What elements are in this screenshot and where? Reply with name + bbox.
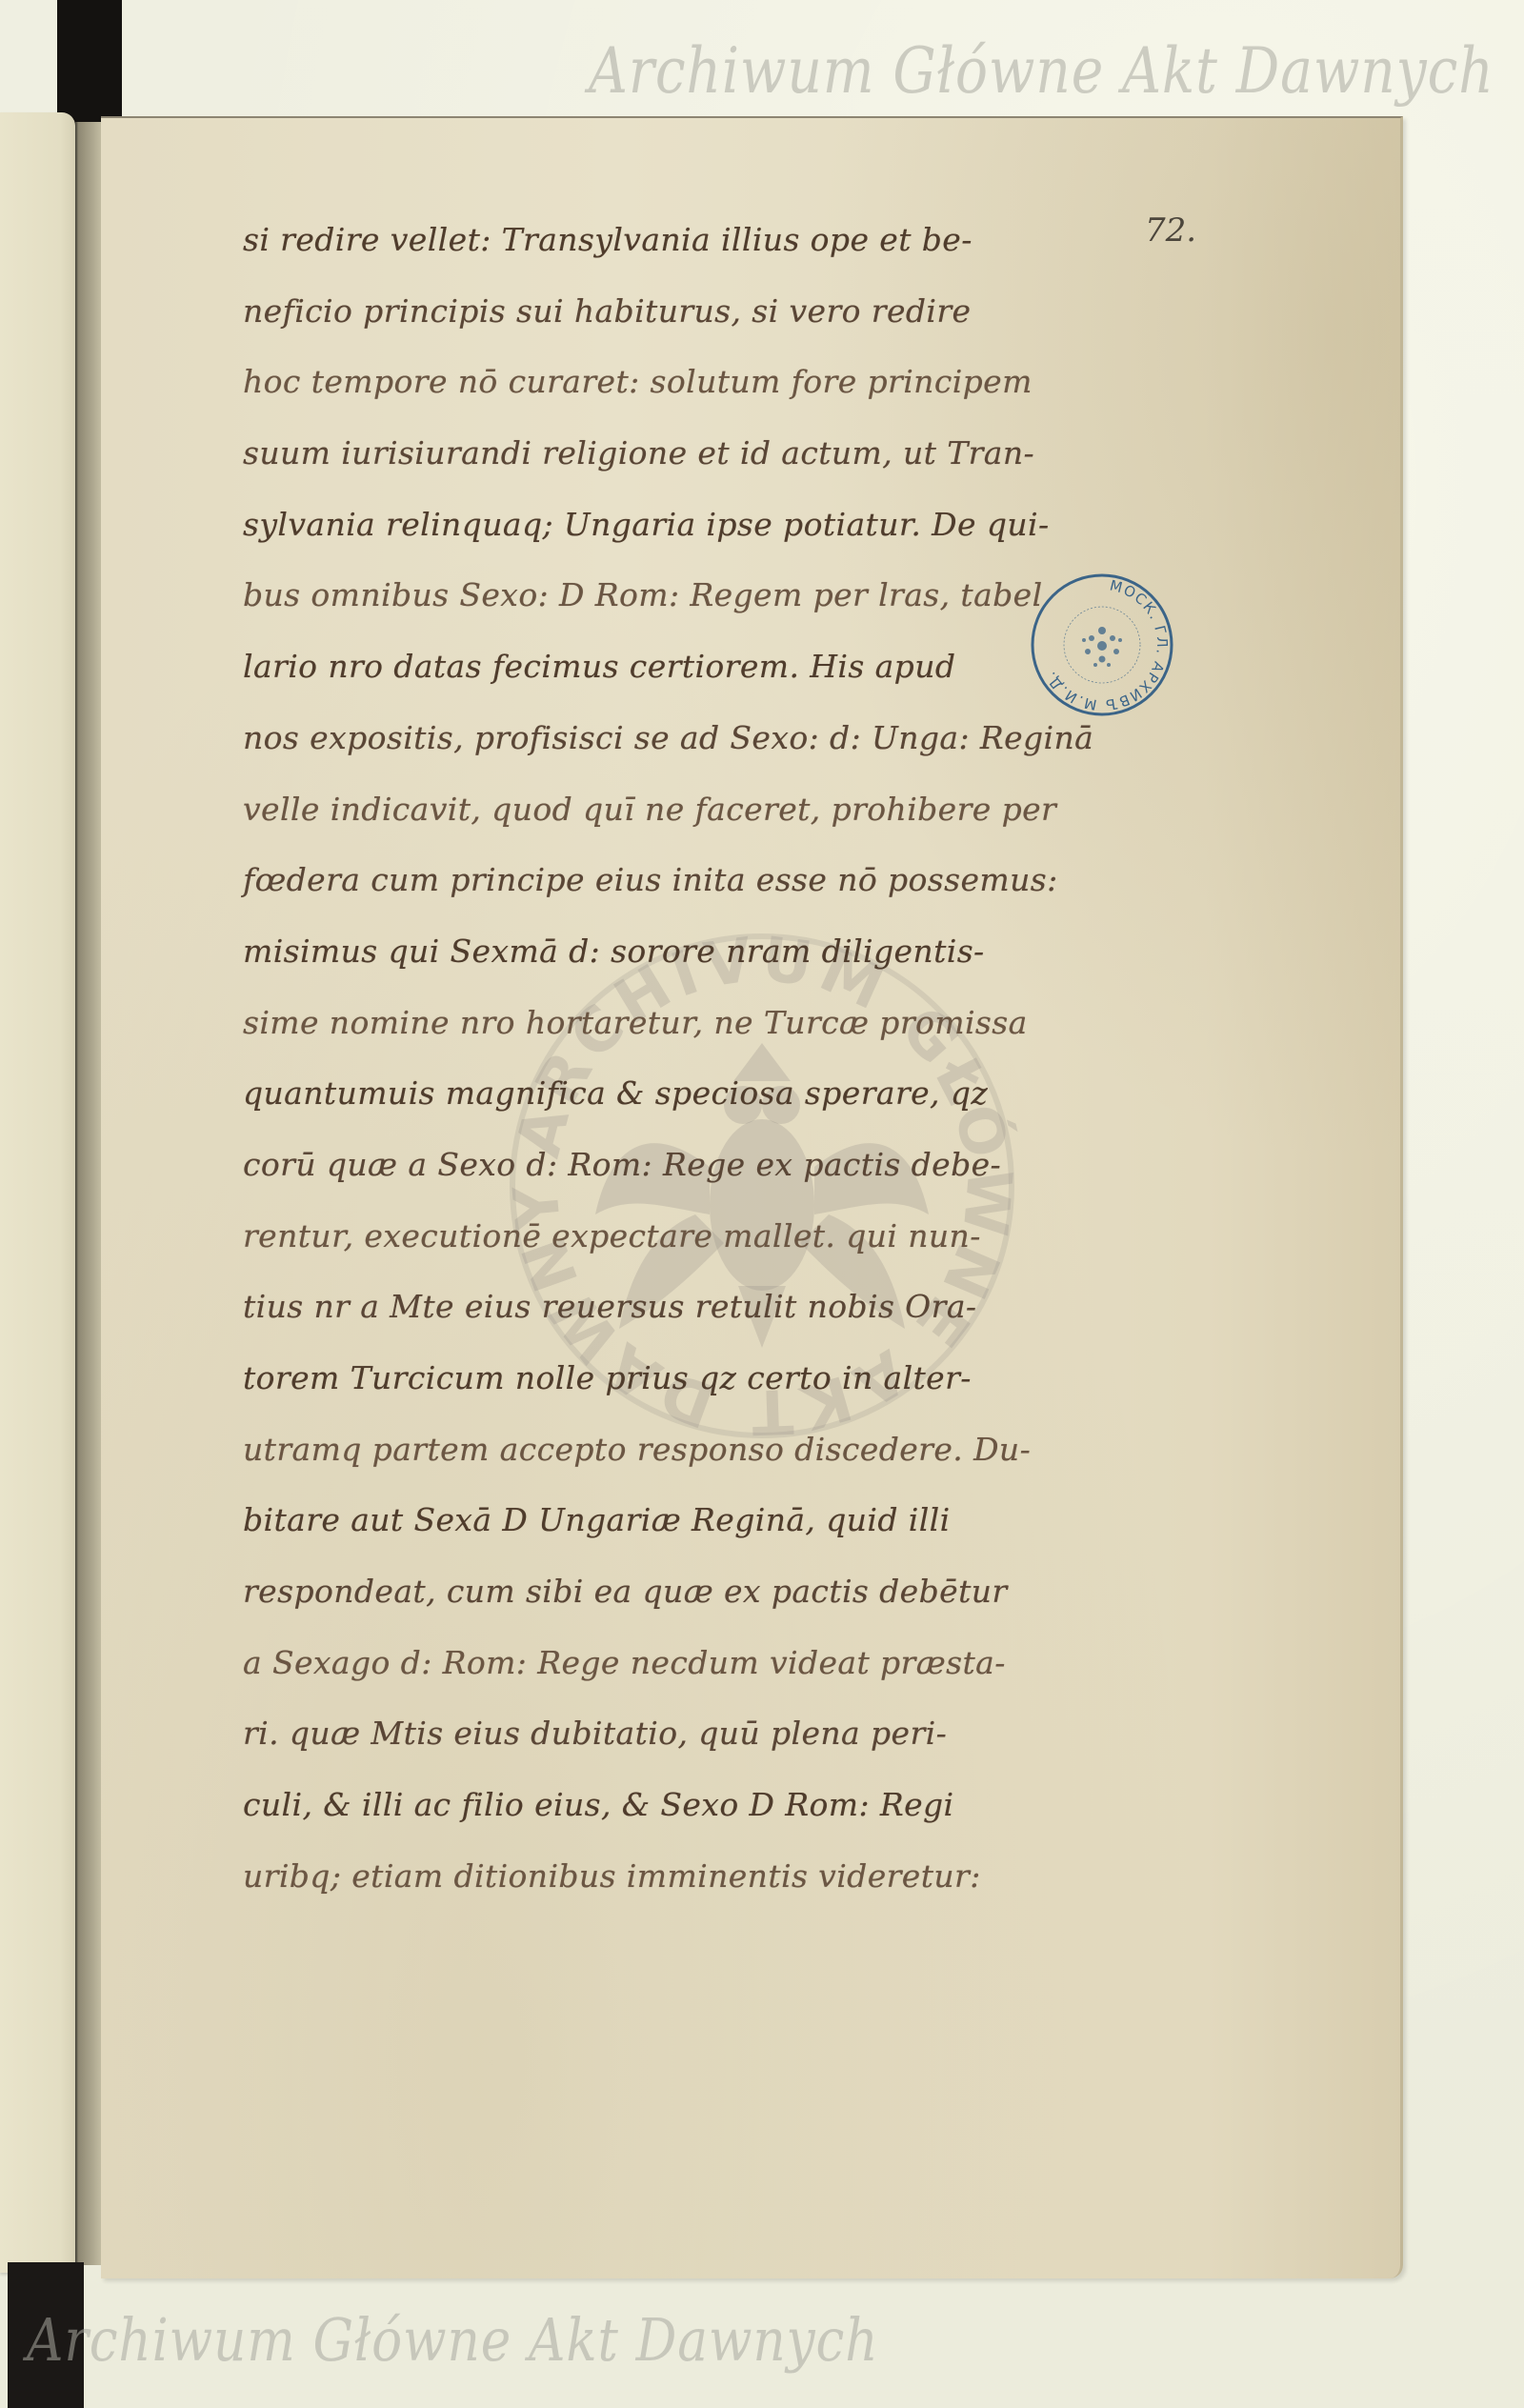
manuscript-line: nos expositis, profisisci se ad Sexo: d:… — [243, 710, 1100, 781]
archive-watermark-top: Archiwum Główne Akt Dawnych — [589, 34, 1494, 108]
manuscript-line: bitare aut Sexā D Ungariæ Reginā, quid i… — [243, 1492, 1100, 1563]
manuscript-text: si redire vellet: Transylvania illius op… — [243, 211, 1100, 1919]
manuscript-line: fœdera cum principe eius inita esse nō p… — [243, 852, 1100, 923]
manuscript-line: respondeat, cum sibi ea quæ ex pactis de… — [243, 1563, 1100, 1635]
manuscript-line: culi, & illi ac filio eius, & Sexo D Rom… — [243, 1776, 1100, 1848]
manuscript-line: suum iurisiurandi religione et id actum,… — [243, 425, 1100, 496]
manuscript-line: sime nomine nro hortaretur, ne Turcæ pro… — [243, 994, 1100, 1066]
manuscript-line: rentur, executionē expectare mallet. qui… — [243, 1208, 1100, 1279]
manuscript-line: tius nr a Mte eius reuersus retulit nobi… — [243, 1278, 1100, 1350]
moscow-archive-stamp-icon: МОСК. ГЛ. АРХИВЪ М.И.Д. — [1029, 572, 1175, 718]
book-gutter — [75, 122, 102, 2265]
manuscript-line: si redire vellet: Transylvania illius op… — [243, 211, 1100, 283]
manuscript-line: neficio principis sui habiturus, si vero… — [243, 283, 1100, 354]
manuscript-line: velle indicavit, quod quī ne faceret, pr… — [243, 781, 1100, 853]
binding-strap-top — [57, 0, 122, 126]
manuscript-line: bus omnibus Sexo: D Rom: Regem per lras,… — [243, 567, 1100, 638]
manuscript-line: torem Turcicum nolle prius qz certo in a… — [243, 1350, 1100, 1421]
manuscript-line: corū quæ a Sexo d: Rom: Rege ex pactis d… — [243, 1136, 1100, 1208]
manuscript-line: hoc tempore nō curaret: solutum fore pri… — [243, 353, 1100, 425]
manuscript-line: utramq partem accepto responso discedere… — [243, 1421, 1100, 1493]
manuscript-line: misimus qui Sexmā d: sorore nram diligen… — [243, 923, 1100, 994]
manuscript-line: a Sexago d: Rom: Rege necdum videat præs… — [243, 1635, 1100, 1706]
manuscript-line: quantumuis magnifica & speciosa sperare,… — [243, 1065, 1100, 1136]
manuscript-line: ri. quæ Mtis eius dubitatio, quū plena p… — [243, 1705, 1100, 1776]
manuscript-line: uribq; etiam ditionibus imminentis vider… — [243, 1848, 1100, 1919]
archive-watermark-bottom: Archiwum Główne Akt Dawnych — [27, 2305, 878, 2375]
left-page-edge — [0, 112, 75, 2273]
folio-number: 72. — [1145, 211, 1196, 250]
manuscript-line: lario nro datas fecimus certiorem. His a… — [243, 638, 1100, 710]
manuscript-line: sylvania relinquaq; Ungaria ipse potiatu… — [243, 496, 1100, 568]
